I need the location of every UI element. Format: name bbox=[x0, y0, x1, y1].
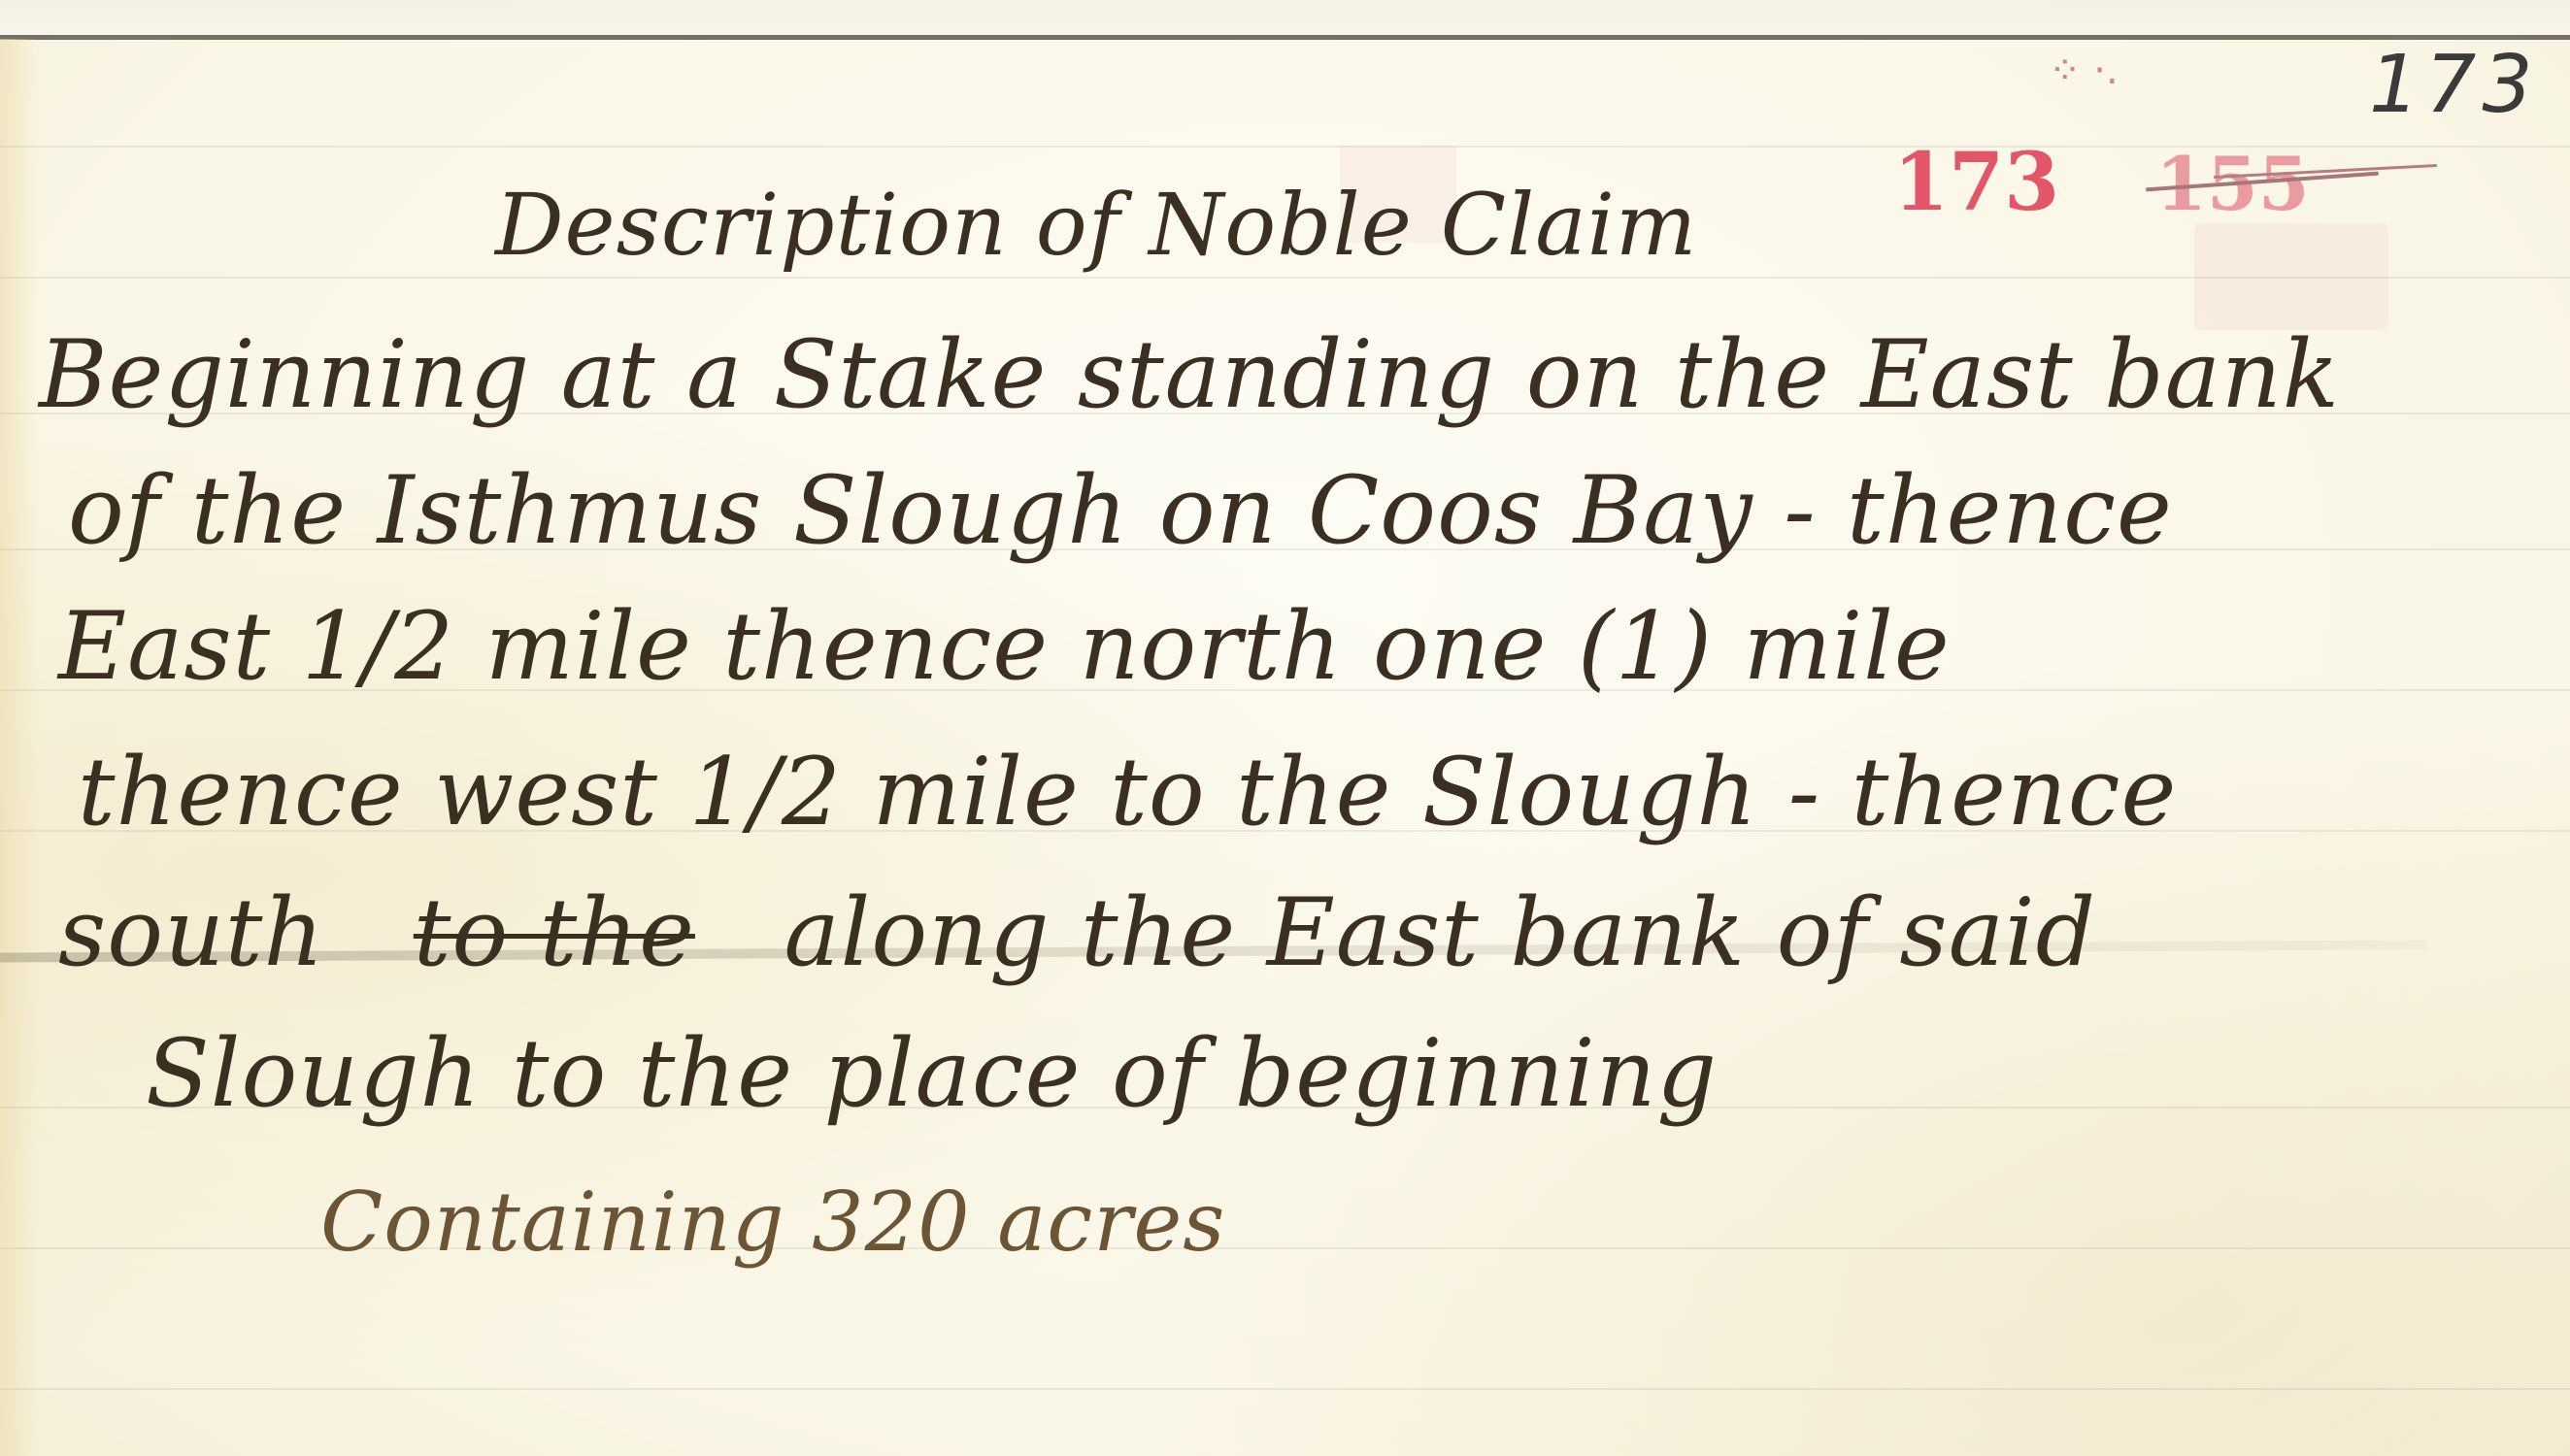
document-title: Description of Noble Claim bbox=[495, 175, 1697, 275]
struck-text: to the bbox=[414, 878, 695, 987]
document-page: ⁘ ·. 173 173 155 Description of Noble Cl… bbox=[0, 0, 2570, 1456]
text-line-5: south to the along the East bank of said bbox=[58, 878, 2096, 987]
paper-stain bbox=[0, 39, 39, 1456]
text-line-3: East 1/2 mile thence north one (1) mile bbox=[58, 592, 1951, 701]
stamp-number-struck: 155 bbox=[2155, 141, 2310, 227]
ruled-line bbox=[0, 1388, 2570, 1390]
text-line-2: of the Isthmus Slough on Coos Bay - then… bbox=[68, 456, 2173, 565]
red-pencil-marks: ⁘ ·. bbox=[2049, 49, 2119, 93]
ruled-line bbox=[0, 277, 2570, 279]
acreage-line: Containing 320 acres bbox=[320, 1175, 1225, 1270]
stamp-number-current: 173 bbox=[1893, 136, 2059, 229]
text-word-south: south bbox=[58, 878, 324, 987]
faded-stamp bbox=[2194, 223, 2388, 330]
sheet-top-edge bbox=[0, 0, 2570, 40]
page-number: 173 bbox=[2369, 39, 2539, 131]
text-line-4: thence west 1/2 mile to the Slough - the… bbox=[78, 738, 2177, 846]
text-line-5-rest: along the East bank of said bbox=[784, 878, 2096, 987]
text-line-1: Beginning at a Stake standing on the Eas… bbox=[39, 320, 2340, 429]
text-line-6: Slough to the place of beginning bbox=[146, 1019, 1718, 1128]
